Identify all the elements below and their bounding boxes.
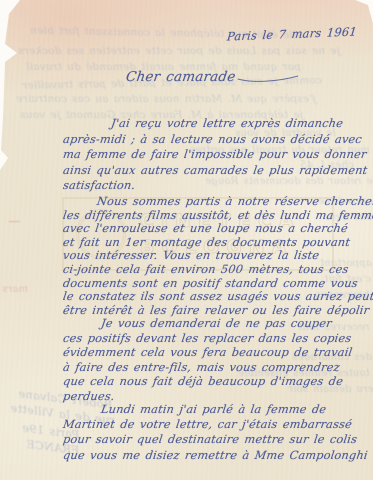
letter-paper: elle était sur téléphone la connaissant … xyxy=(0,0,373,480)
letter-line: à faire des entre-fils, mais vous compre… xyxy=(62,361,366,376)
paragraph-3: Je vous demanderai de ne pas couperces p… xyxy=(62,317,364,405)
paragraph-4: Lundi matin j'ai parlé à la femme deMart… xyxy=(62,402,364,463)
bleedthrough-fragment: j'espère que M. Martin nous aidera au ca… xyxy=(16,93,316,105)
letter-line: et fait un 1er montage des documents pou… xyxy=(62,236,366,250)
letter-line: Martinet de votre lettre, car j'étais em… xyxy=(62,417,366,432)
letter-line: Je vous demanderai de ne pas couper xyxy=(100,317,366,332)
letter-line: que vous me disiez remettre à Mme Campol… xyxy=(62,448,366,463)
letter-scan: elle était sur téléphone la connaissant … xyxy=(0,0,373,480)
letter-line: J'ai reçu votre lettre exprès dimanche xyxy=(110,116,366,132)
bleedthrough-fragment: mars xyxy=(2,284,28,295)
paragraph-2: Nous sommes partis à notre réserve cherc… xyxy=(62,195,364,317)
letter-line: être intérêt à les faire relaver ou les … xyxy=(62,304,366,318)
letter-line: ma femme de faire l'impossible pour vous… xyxy=(62,147,366,163)
letter-line: que cela nous fait déjà beaucoup d'image… xyxy=(62,375,366,390)
letter-line: le constatez ils sont assez usagés vous … xyxy=(62,290,366,304)
letter-line: après-midi ; à sa lecture nous avons déc… xyxy=(62,132,366,148)
salutation: Cher camarade xyxy=(125,69,301,85)
bleedthrough-fragment: je ne sais pas Louis de pour cette entre… xyxy=(18,45,340,57)
letter-line: pour savoir quel destinataire mettre sur… xyxy=(62,432,366,447)
letter-line: ces positifs devant les replacer dans le… xyxy=(62,332,366,347)
letter-line: ainsi qu'aux autres camarades le plus ra… xyxy=(62,163,366,179)
letter-line: évidemment cela vous fera beaucoup de tr… xyxy=(62,346,366,361)
letter-line: avec l'enrouleuse et une loupe nous a ch… xyxy=(62,222,366,236)
salutation-text: Cher camarade xyxy=(125,69,237,85)
letter-line: ci-jointe cela fait environ 500 mètres, … xyxy=(62,263,366,277)
paragraph-1: J'ai reçu votre lettre exprès dimancheap… xyxy=(62,116,364,194)
salutation-flourish xyxy=(237,74,300,83)
letter-line: Lundi matin j'ai parlé à la femme de xyxy=(100,402,366,417)
letter-line: les différents films aussitôt, et dès lu… xyxy=(62,209,366,223)
letter-line: vous intéresser. Vous en trouverez la li… xyxy=(62,249,366,263)
letter-line: Nous sommes partis à notre réserve cherc… xyxy=(96,195,366,209)
letter-line: documents sont en positif standard comme… xyxy=(62,277,366,291)
bleedthrough-fragment: — xyxy=(8,214,20,228)
letter-line: satisfaction. xyxy=(62,178,366,194)
